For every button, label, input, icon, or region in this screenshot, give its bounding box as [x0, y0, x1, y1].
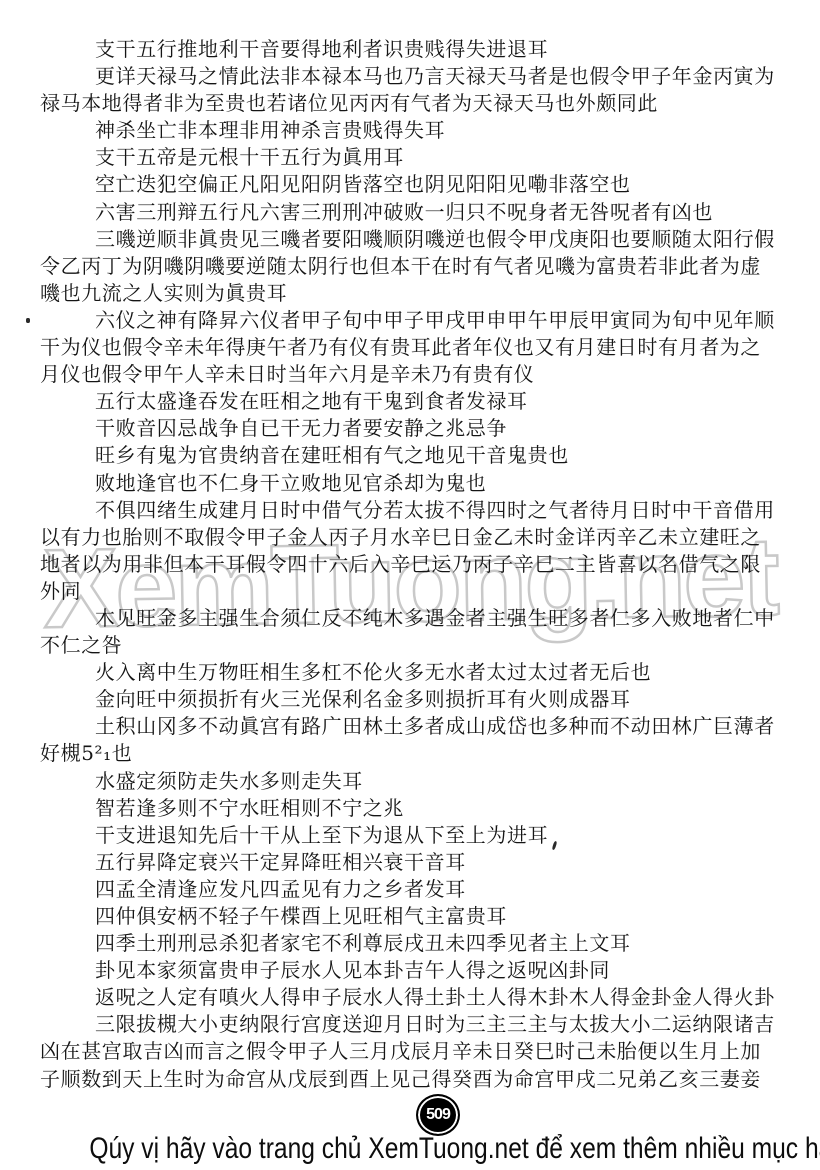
text-line: 四仲俱安柄不轻子午楪酉上见旺相气主富贵耳 [40, 903, 788, 930]
text-line: 四季土刑刑忌杀犯者家宅不利尊辰戌丑未四季见者主上文耳 [40, 930, 788, 957]
text-line: 六害三刑辩五行凡六害三刑刑冲破败一归只不呪身者无咎呪者有凶也 [40, 199, 788, 226]
text-line: 月仪也假令甲午人辛未日时当年六月是辛未乃有贵有仪 [40, 361, 788, 388]
text-line: 六仪之神有降昇六仪者甲子旬中甲子甲戌甲申甲午甲辰甲寅同为旬中见年顺 [40, 307, 788, 334]
text-line: 空亡迭犯空偏正凡阳见阳阴皆落空也阴见阳阳见嘞非落空也 [40, 171, 788, 198]
text-line: 卦见本家须富贵申子辰水人见本卦吉午人得之返呪凶卦同 [40, 957, 788, 984]
text-line: 外同 [40, 578, 788, 605]
text-line: 火入离中生万物旺相生多杠不伦火多无水者太过太过者无后也 [40, 659, 788, 686]
text-line: 令乙丙丁为阴嘰阴嘰要逆随太阴行也但本干在时有气者见嘰为富贵若非此者为虚 [40, 253, 788, 280]
text-line: 土积山冈多不动眞宫有路广田林土多者成山成岱也多种而不动田林广巨薄者 [40, 713, 788, 740]
text-line: 五行太盛逢吞发在旺相之地有干鬼到食者发禄耳 [40, 388, 788, 415]
text-line: 三限拔槻大小吏纳限行宫度送迎月日时为三主三主与太拔大小二运纳限诸吉 [40, 1011, 788, 1038]
text-line: 支干五帝是元根十干五行为眞用耳 [40, 144, 788, 171]
text-line: 旺乡有鬼为官贵纳音在建旺相有气之地见干音鬼贵也 [40, 442, 788, 469]
text-line: 干败音囚忌战争自已干无力者要安静之兆忌争 [40, 415, 788, 442]
text-line: 地者以为用非但本干耳假令四十六后入辛巳运乃丙子辛巳二主皆喜以名借气之限 [40, 551, 788, 578]
page-number-stamp: 509 [416, 1094, 460, 1136]
text-line: 更详天禄马之情此法非本禄本马也乃言天禄天马者是也假令甲子年金丙寅为 [40, 63, 788, 90]
text-line: 以有力也胎则不取假令甲子金人丙子月水辛巳日金乙未时金详丙辛乙未立建旺之 [40, 524, 788, 551]
footer-bar: Qúy vị hãy vào trang chủ XemTuong.net để… [0, 1132, 820, 1166]
page-number: 509 [426, 1106, 450, 1124]
text-line: 返呪之人定有嗔火人得申子辰水人得土卦土人得木卦木人得金卦金人得火卦 [40, 984, 788, 1011]
text-line: 木见旺金多主强生合须仁反不纯木多遇金者主强生旺多者仁多入败地者仁中 [40, 605, 788, 632]
ink-speck [26, 318, 30, 323]
text-line: 神杀坐亡非本理非用神杀言贵贱得失耳 [40, 117, 788, 144]
text-line: 子顺数到天上生时为命宫从戊辰到酉上见己得癸酉为命宫甲戌二兄弟乙亥三妻妾 [40, 1066, 788, 1093]
text-line: 金向旺中须损折有火三光保利名金多则损折耳有火则成器耳 [40, 686, 788, 713]
text-line: 五行昇降定衰兴干定昇降旺相兴衰干音耳 [40, 849, 788, 876]
footer-text: Qúy vị hãy vào trang chủ XemTuong.net để… [89, 1132, 820, 1166]
page-text-block: 支干五行推地利干音要得地利者识贵贱得失进退耳更详天禄马之情此法非本禄本马也乃言天… [40, 36, 788, 1093]
text-line: 智若逢多则不宁水旺相则不宁之兆 [40, 795, 788, 822]
text-line: 禄马本地得者非为至贵也若诸位见丙丙有气者为天禄天马也外颇同此 [40, 90, 788, 117]
text-line: 干为仪也假令辛未年得庚午者乃有仪有贵耳此者年仪也又有月建日时有月者为之 [40, 334, 788, 361]
text-line: 不俱四绪生成建月日时中借气分若太拔不得四时之气者待月日时中干音借用 [40, 497, 788, 524]
text-line: 四孟全清逢应发凡四孟见有力之乡者发耳 [40, 876, 788, 903]
text-line: 三嘰逆顺非眞贵见三嘰者要阳嘰顺阴嘰逆也假令甲戊庚阳也要顺随太阳行假 [40, 226, 788, 253]
text-line: 败地逢官也不仁身干立败地见官杀却为鬼也 [40, 470, 788, 497]
text-line: 好槻5²₁也 [40, 740, 788, 767]
text-line: 凶在甚宫取吉凶而言之假令甲子人三月戊辰月辛未日癸巳时己未胎便以生月上加 [40, 1038, 788, 1065]
text-line: 水盛定须防走失水多则走失耳 [40, 768, 788, 795]
text-line: 支干五行推地利干音要得地利者识贵贱得失进退耳 [40, 36, 788, 63]
text-line: 干支进退知先后十干从上至下为退从下至上为进耳 [40, 822, 788, 849]
scanned-book-page: XemTuong.net 支干五行推地利干音要得地利者识贵贱得失进退耳更详天禄马… [0, 0, 820, 1170]
text-line: 不仁之咎 [40, 632, 788, 659]
text-line: 嘰也九流之人实则为眞贵耳 [40, 280, 788, 307]
